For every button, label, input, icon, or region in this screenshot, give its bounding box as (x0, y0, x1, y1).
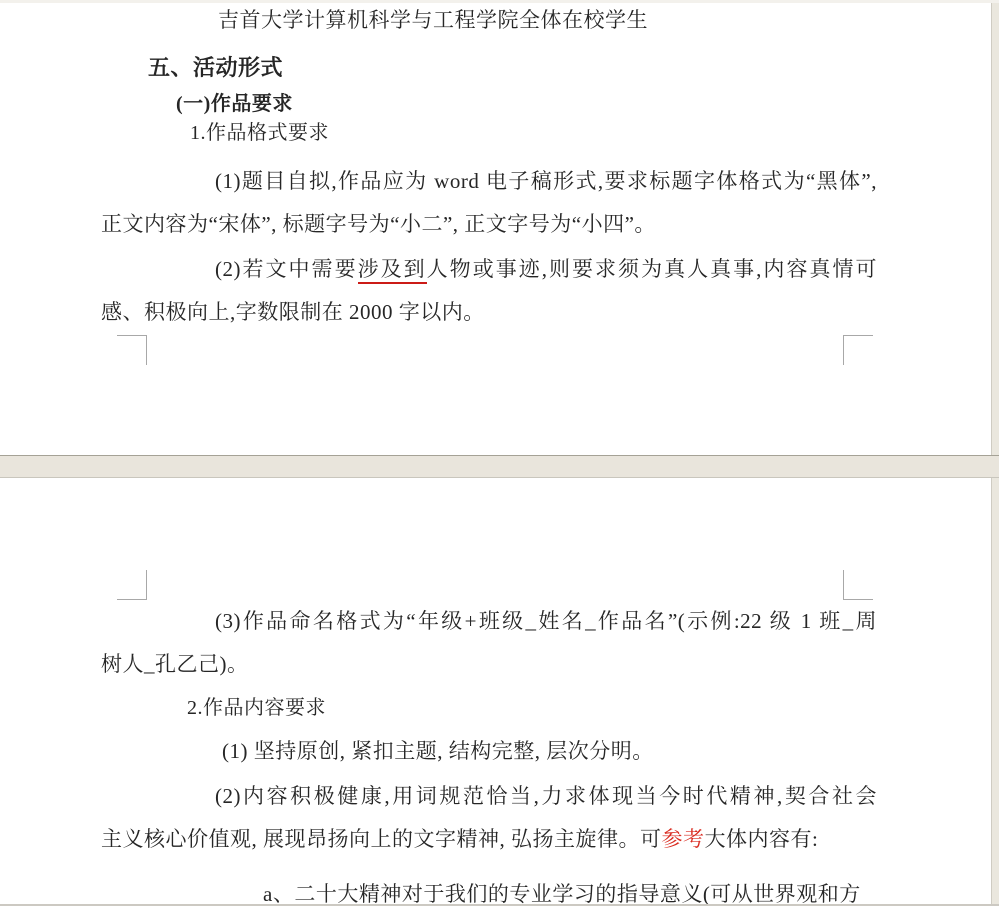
subsection-heading[interactable]: (一)作品要求 (176, 93, 293, 116)
para1-line1[interactable]: (1)题目自拟,作品应为 word 电子稿形式,要求标题字体格式为“黑体”, (215, 169, 877, 193)
para3-line2[interactable]: 树人_孔乙己)。 (101, 652, 249, 676)
para5-line2-post: 大体内容有: (705, 827, 819, 851)
para2-line2[interactable]: 感、积极向上,字数限制在 2000 字以内。 (101, 300, 485, 324)
item1-heading[interactable]: 1.作品格式要求 (190, 122, 329, 145)
page-1[interactable]: 吉首大学计算机科学与工程学院全体在校学生 五、活动形式 (一)作品要求 1.作品… (0, 0, 992, 455)
para6-line1[interactable]: a、二十大精神对于我们的专业学习的指导意义(可从世界观和方 (263, 882, 861, 906)
page-right-edge (991, 0, 999, 906)
crop-mark-page1-bottom-right (843, 335, 873, 365)
para2-line1-pre: (2)若文中需要 (215, 257, 358, 281)
item2-heading[interactable]: 2.作品内容要求 (187, 697, 326, 720)
spellcheck-underlined-text: 涉及到 (358, 257, 427, 284)
document-viewport: 吉首大学计算机科学与工程学院全体在校学生 五、活动形式 (一)作品要求 1.作品… (0, 0, 999, 906)
para2-line1-post: 人物或事迹,则要求须为真人真事,内容真情可 (427, 257, 877, 281)
para2-line1[interactable]: (2)若文中需要涉及到人物或事迹,则要求须为真人真事,内容真情可 (215, 257, 877, 281)
crop-mark-page1-bottom-left (117, 335, 147, 365)
section-heading[interactable]: 五、活动形式 (148, 55, 283, 80)
para1-line2[interactable]: 正文内容为“宋体”, 标题字号为“小二”, 正文字号为“小四”。 (101, 212, 656, 236)
para4-line1[interactable]: (1) 坚持原创, 紧扣主题, 结构完整, 层次分明。 (222, 739, 654, 763)
crop-mark-page2-top-left (117, 570, 147, 600)
page-2[interactable]: (3)作品命名格式为“年级+班级_姓名_作品名”(示例:22 级 1 班_周 树… (0, 478, 992, 904)
para5-line1[interactable]: (2)内容积极健康,用词规范恰当,力求体现当今时代精神,契合社会 (215, 784, 877, 808)
para5-line2-pre: 主义核心价值观, 展现昂扬向上的文字精神, 弘扬主旋律。可 (101, 827, 662, 851)
para5-line2[interactable]: 主义核心价值观, 展现昂扬向上的文字精神, 弘扬主旋律。可参考大体内容有: (101, 827, 818, 851)
window-top-edge (0, 0, 999, 3)
audience-line[interactable]: 吉首大学计算机科学与工程学院全体在校学生 (218, 8, 648, 32)
page-break-gap (0, 455, 999, 478)
crop-mark-page2-top-right (843, 570, 873, 600)
para3-line1[interactable]: (3)作品命名格式为“年级+班级_姓名_作品名”(示例:22 级 1 班_周 (215, 609, 877, 633)
para5-line2-red-text: 参考 (662, 827, 705, 851)
